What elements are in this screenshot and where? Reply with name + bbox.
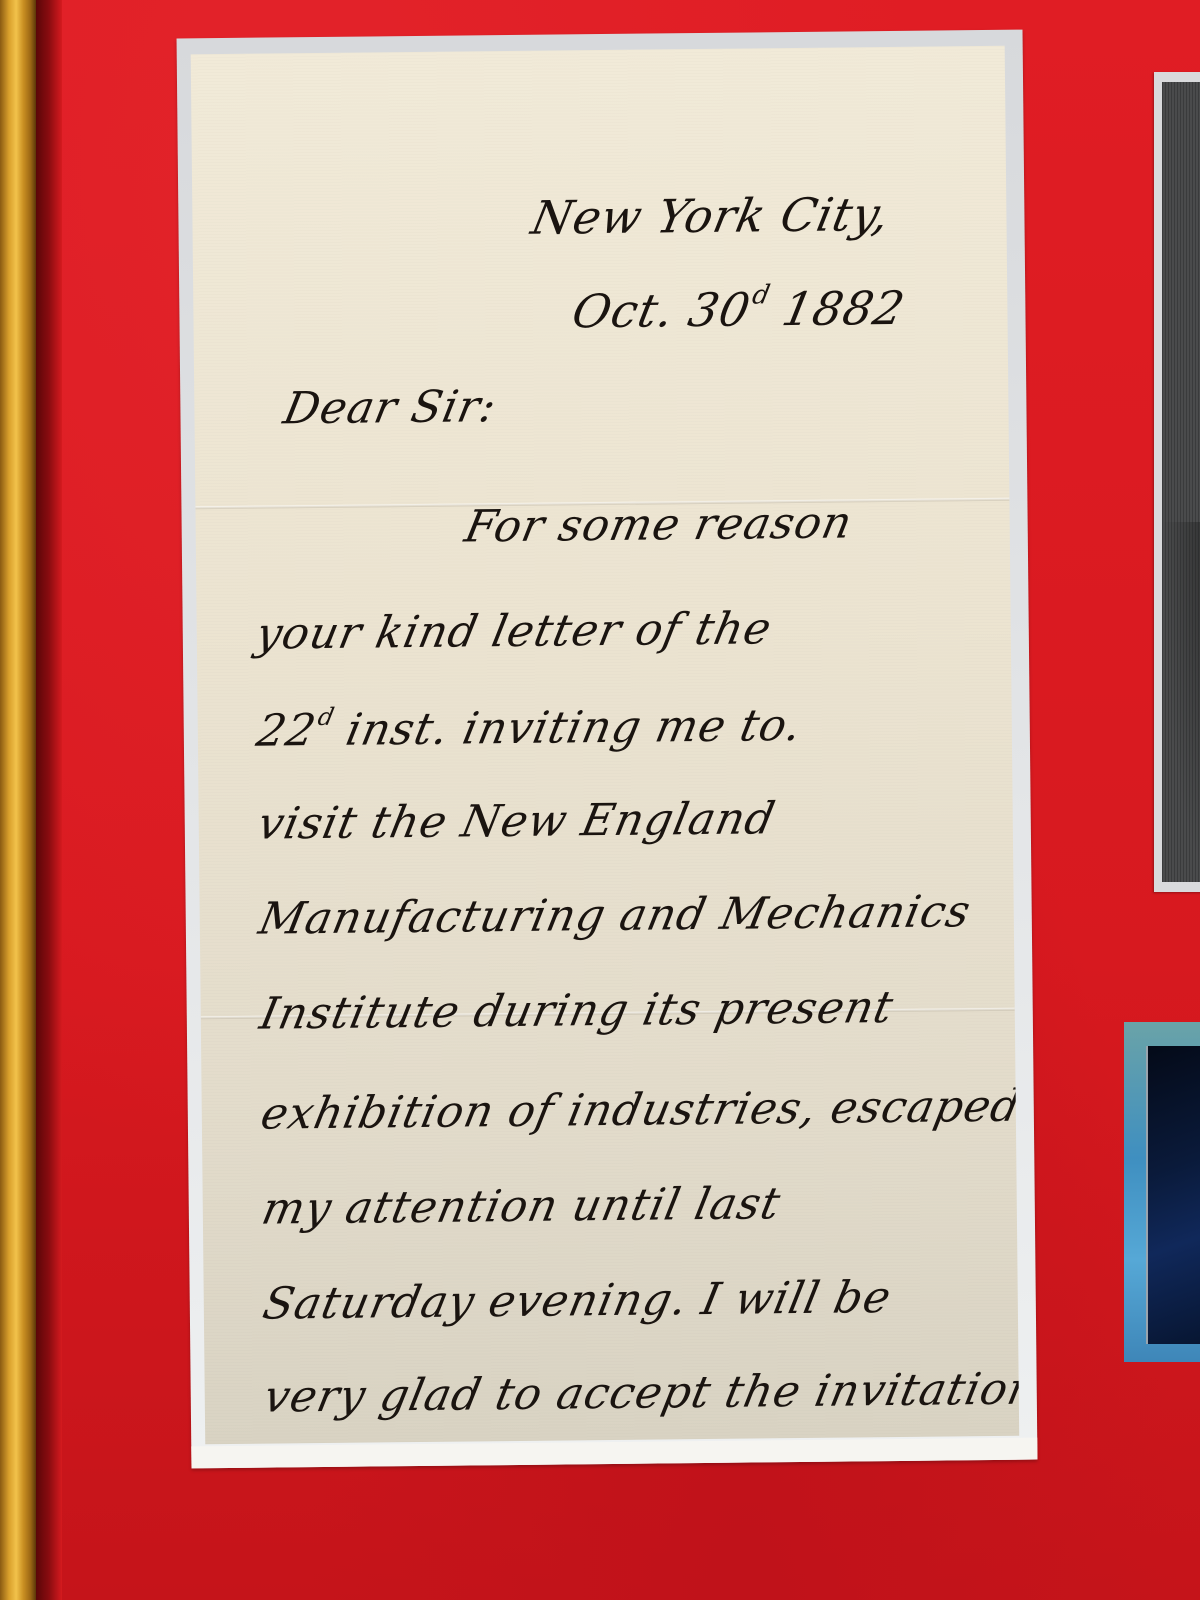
letter-date: Oct. 30d 1882 — [568, 279, 910, 339]
handwritten-letter: New York City, Oct. 30d 1882 Dear Sir: F… — [191, 46, 1020, 1444]
line-number: 22 — [252, 705, 320, 757]
gold-frame-edge — [0, 0, 36, 1600]
letter-line: exhibition of industries, escaped — [257, 1081, 1020, 1140]
line-rest: inst. inviting me to. — [327, 700, 807, 756]
portrait-photo-window — [1154, 72, 1200, 892]
date-day: 30 — [684, 282, 755, 337]
date-month: Oct. — [568, 283, 680, 338]
letter-line: Institute during its present — [256, 982, 898, 1040]
letter-line: 22d inst. inviting me to. — [252, 698, 806, 757]
date-year: 1882 — [778, 281, 910, 336]
letter-line: very glad to accept the invitation — [260, 1363, 1020, 1422]
letter-line: For some reason — [461, 497, 857, 552]
letter-line: Manufacturing and Mechanics — [255, 886, 976, 945]
letter-mat-window: New York City, Oct. 30d 1882 Dear Sir: F… — [177, 30, 1038, 1469]
letter-line: visit the New England — [254, 793, 780, 850]
letter-line: Saturday evening. I will be — [259, 1272, 896, 1330]
letter-line: if the exhibition is to be held — [260, 1439, 941, 1445]
frame-shadow — [36, 0, 62, 1600]
dark-photo-image — [1146, 1046, 1200, 1344]
letter-line: your kind letter of the — [252, 603, 777, 659]
secondary-photo-window — [1124, 1022, 1200, 1362]
letter-line: my attention until last — [258, 1178, 785, 1235]
letter-place: New York City, — [527, 187, 895, 245]
engraved-portrait-image — [1162, 82, 1200, 882]
letter-salutation: Dear Sir: — [279, 381, 501, 434]
